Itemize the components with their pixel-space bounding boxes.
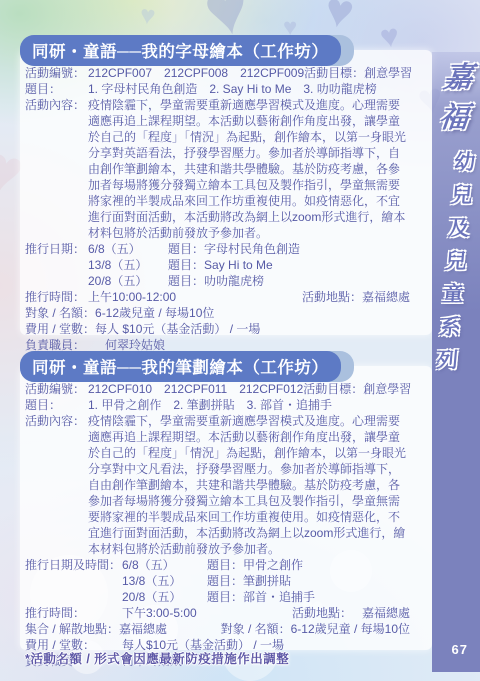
schedule-item: 13/8（五） 題目： Say Hi to Me (88, 257, 410, 273)
code-label: 活動編號： (25, 65, 88, 81)
venue-value: 嘉福總處 (362, 289, 410, 305)
schedule-label: 推行日期及時間： (25, 557, 122, 573)
schedule-date: 13/8（五） (88, 257, 168, 273)
series-char: 系 (425, 311, 476, 344)
schedule-topic: 字母村民角色創造 (204, 241, 300, 257)
audience-value: 6-12歲兒童 / 每場10位 (95, 305, 214, 321)
content-label: 活動內容： (25, 97, 88, 113)
audience-row: 對象 / 名額： 6-12歲兒童 / 每場10位 (25, 305, 410, 321)
schedule-label: 推行日期： (25, 241, 88, 257)
venue-value: 嘉福總處 (362, 605, 410, 621)
schedule-topic-label: 題目： (168, 257, 204, 273)
activity-card-alphabet-workshop: 同研・童語──我的字母繪本（工作坊） 活動編號： 212CPF007 212CP… (20, 50, 432, 335)
series-char: 兒 (431, 245, 480, 278)
schedule-topic: 筆劃拼貼 (243, 573, 291, 589)
section-title-bar: 同研・童語──我的字母繪本（工作坊） (20, 35, 354, 66)
footnote: *活動名額 / 形式會因應最新防疫措施作出調整 (25, 649, 289, 667)
goal-label: 活動目標： (303, 381, 363, 397)
code-values: 212CPF007 212CPF008 212CPF009 (88, 65, 304, 81)
series-char: 列 (422, 344, 473, 377)
activity-card-body: 活動編號： 212CPF010 212CPF011 212CPF012 活動目標… (20, 366, 432, 669)
schedule-list: 6/8（五） 題目： 甲骨之創作 13/8（五） 題目： 筆劃拼貼 20/8（五… (122, 557, 410, 605)
topics-value: 1. 字母村民角色創造 2. Say Hi to Me 3. 叻叻龍虎榜 (88, 81, 410, 97)
brand-char: 福 (428, 98, 480, 138)
content-row: 活動內容： 疫情陰霾下，學童需要重新適應學習模式及進度。心理需要適應再追上課程期… (25, 97, 410, 241)
schedule-date: 6/8（五） (122, 557, 207, 573)
topics-label: 題目： (25, 81, 88, 97)
activity-card-body: 活動編號： 212CPF007 212CPF008 212CPF009 活動目標… (20, 50, 432, 353)
time-label: 推行時間： (25, 289, 88, 305)
schedule-item: 20/8（五） 題目： 部首・追捕手 (122, 589, 410, 605)
code-label: 活動編號： (25, 381, 88, 397)
schedule-topic: Say Hi to Me (204, 257, 273, 273)
audience-value: 6-12歲兒童 / 每場10位 (291, 621, 410, 637)
schedule-topic: 叻叻龍虎榜 (204, 273, 264, 289)
topics-value: 1. 甲骨之創作 2. 筆劃拼貼 3. 部首・追捕手 (88, 397, 410, 413)
schedule-item: 20/8（五） 題目： 叻叻龍虎榜 (88, 273, 410, 289)
series-sidebar: 嘉 福 幼 兒 及 兒 童 系 列 67 (432, 52, 480, 672)
content-row: 活動內容： 疫情陰霾下，學童需要重新適應學習模式及進度。心理需要適應再追上課程期… (25, 413, 410, 557)
schedule-topic-label: 題目： (168, 273, 204, 289)
topics-label: 題目： (25, 397, 88, 413)
content-text: 疫情陰霾下，學童需要重新適應學習模式及進度。心理需要適應再追上課程期望。本活動以… (88, 413, 410, 557)
heart-icon: ♥ (139, 1, 157, 28)
goal-value: 創意學習 (363, 381, 411, 397)
schedule-row: 推行日期及時間： 6/8（五） 題目： 甲骨之創作 13/8（五） 題目： 筆劃… (25, 557, 410, 605)
section-title: 同研・童語──我的筆劃繪本（工作坊） (20, 351, 341, 382)
schedule-item: 13/8（五） 題目： 筆劃拼貼 (122, 573, 410, 589)
content-text: 疫情陰霾下，學童需要重新適應學習模式及進度。心理需要適應再追上課程期望。本活動以… (88, 97, 410, 241)
schedule-row: 推行日期： 6/8（五） 題目： 字母村民角色創造 13/8（五） 題目： Sa… (25, 241, 410, 289)
schedule-date: 6/8（五） (88, 241, 168, 257)
schedule-topic-label: 題目： (207, 557, 243, 573)
schedule-list: 6/8（五） 題目： 字母村民角色創造 13/8（五） 題目： Say Hi t… (88, 241, 410, 289)
audience-label: 對象 / 名額： (221, 621, 291, 637)
activity-card-stroke-workshop: 同研・童語──我的筆劃繪本（工作坊） 活動編號： 212CPF010 212CP… (20, 366, 432, 650)
goal-label: 活動目標： (304, 65, 364, 81)
flyer-page: { "page": { "number": "67", "footnote": … (0, 0, 480, 681)
brand-title: 嘉 福 (428, 58, 480, 138)
fee-label: 費用 / 堂數： (25, 321, 95, 337)
schedule-topic: 部首・追捕手 (243, 589, 315, 605)
series-char: 幼 (439, 146, 480, 179)
schedule-item: 6/8（五） 題目： 甲骨之創作 (122, 557, 410, 573)
series-char: 童 (428, 278, 479, 311)
schedule-topic: 甲骨之創作 (243, 557, 303, 573)
code-values: 212CPF010 212CPF011 212CPF012 (88, 381, 303, 397)
meet-audience-row: 集合 / 解散地點： 嘉福總處 對象 / 名額： 6-12歲兒童 / 每場10位 (25, 621, 410, 637)
brand-char: 嘉 (432, 58, 480, 98)
topics-row: 題目： 1. 甲骨之創作 2. 筆劃拼貼 3. 部首・追捕手 (25, 397, 410, 413)
topics-row: 題目： 1. 字母村民角色創造 2. Say Hi to Me 3. 叻叻龍虎榜 (25, 81, 410, 97)
schedule-date: 13/8（五） (122, 573, 207, 589)
heart-icon: ♥ (378, 19, 401, 53)
content-label: 活動內容： (25, 413, 88, 429)
meet-value: 嘉福總處 (119, 621, 167, 637)
section-title: 同研・童語──我的字母繪本（工作坊） (20, 35, 341, 66)
venue-label: 活動地點： (292, 605, 352, 621)
fee-row: 費用 / 堂數： 每人 $10元（基金活動） / 一場 (25, 321, 410, 337)
schedule-topic-label: 題目： (168, 241, 204, 257)
section-title-bar: 同研・童語──我的筆劃繪本（工作坊） (20, 351, 354, 382)
time-row: 推行時間： 下午3:00-5:00 活動地點： 嘉福總處 (25, 605, 410, 621)
time-value: 上午10:00-12:00 (88, 289, 176, 305)
time-value: 下午3:00-5:00 (122, 605, 197, 621)
audience-label: 對象 / 名額： (25, 305, 95, 321)
heart-icon: ♥ (321, 0, 357, 38)
time-label: 推行時間： (25, 605, 122, 621)
goal-value: 創意學習 (364, 65, 412, 81)
schedule-topic-label: 題目： (207, 573, 243, 589)
code-row: 活動編號： 212CPF007 212CPF008 212CPF009 活動目標… (25, 65, 410, 81)
schedule-topic-label: 題目： (207, 589, 243, 605)
code-row: 活動編號： 212CPF010 212CPF011 212CPF012 活動目標… (25, 381, 410, 397)
venue-label: 活動地點： (302, 289, 362, 305)
series-char: 兒 (436, 179, 480, 212)
page-number: 67 (452, 642, 468, 657)
series-char: 及 (433, 212, 480, 245)
schedule-date: 20/8（五） (122, 589, 207, 605)
meet-label: 集合 / 解散地點： (25, 621, 119, 637)
fee-value: 每人 $10元（基金活動） / 一場 (95, 321, 260, 337)
schedule-date: 20/8（五） (88, 273, 168, 289)
time-row: 推行時間： 上午10:00-12:00 活動地點： 嘉福總處 (25, 289, 410, 305)
schedule-item: 6/8（五） 題目： 字母村民角色創造 (88, 241, 410, 257)
